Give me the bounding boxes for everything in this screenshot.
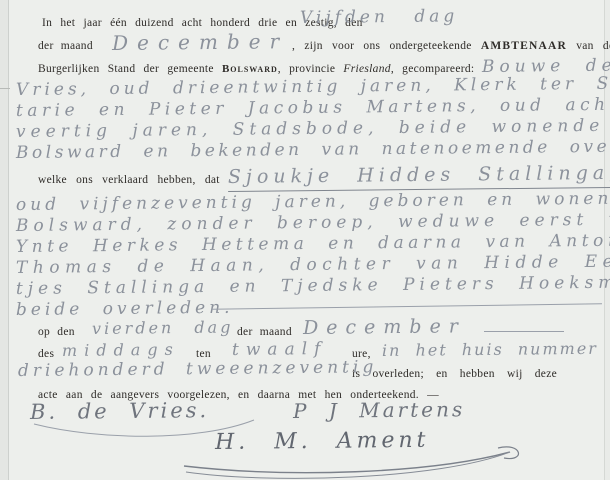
intro-ambtenaar-caps: AMBTENAAR [481,40,567,52]
death-line3-print: is overleden; en hebben wij deze [352,368,557,380]
intro-province-name: Friesland [343,63,390,75]
intro-gemeente-name: Bolsward [222,63,278,75]
death-day-hand: vierden dag [92,318,234,338]
intro-line3-c: , gecompareerd: [391,63,475,75]
death-month-hand: December [303,315,466,339]
signature-official-flourish [178,446,523,480]
death-line1-print-b: der maand [237,326,292,338]
intro-line2-print-b: , zijn voor ons ondergeteekende AMBTENAA… [292,40,610,52]
intro-line2-hand-month: December [112,29,288,55]
death-house-hand: in het huis nummer [382,339,598,360]
death-hour-hand: twaalf [232,339,328,360]
intro-line2-print-c-text: van den [567,40,610,52]
intro-line3-a: Burgerlijken Stand der gemeente [38,63,222,75]
death-certificate-scan: In het jaar één duizend acht honderd dri… [0,0,610,480]
intro-line3-b: , provincie [278,63,344,75]
deceased-name: Sjoukje Hiddes Stallinga, [228,162,610,192]
intro-line3-print: Burgerlijken Stand der gemeente Bolsward… [38,63,474,75]
death-line2-print-a: des [38,348,54,360]
page-left-edge [0,0,9,480]
death-line1-print-a: op den [38,326,75,338]
filler-dash-long [212,303,602,309]
intro-line2-print-a: der maand [38,40,93,52]
signature-witness2: P J Martens [293,397,465,423]
deceased-line6: beide overleden. [16,298,234,320]
intro-line1-hand-day: Vijfden dag [300,6,458,28]
intro-line2-print-b-text: , zijn voor ons ondergeteekende [292,40,481,52]
margin-mark [0,88,10,89]
death-daypart-hand: middags [62,340,180,360]
declaration-print: welke ons verklaard hebben, dat [38,174,220,186]
death-housenumber-hand: driehonderd tweeenzeventig [18,357,377,381]
filler-dash-month [484,331,564,332]
